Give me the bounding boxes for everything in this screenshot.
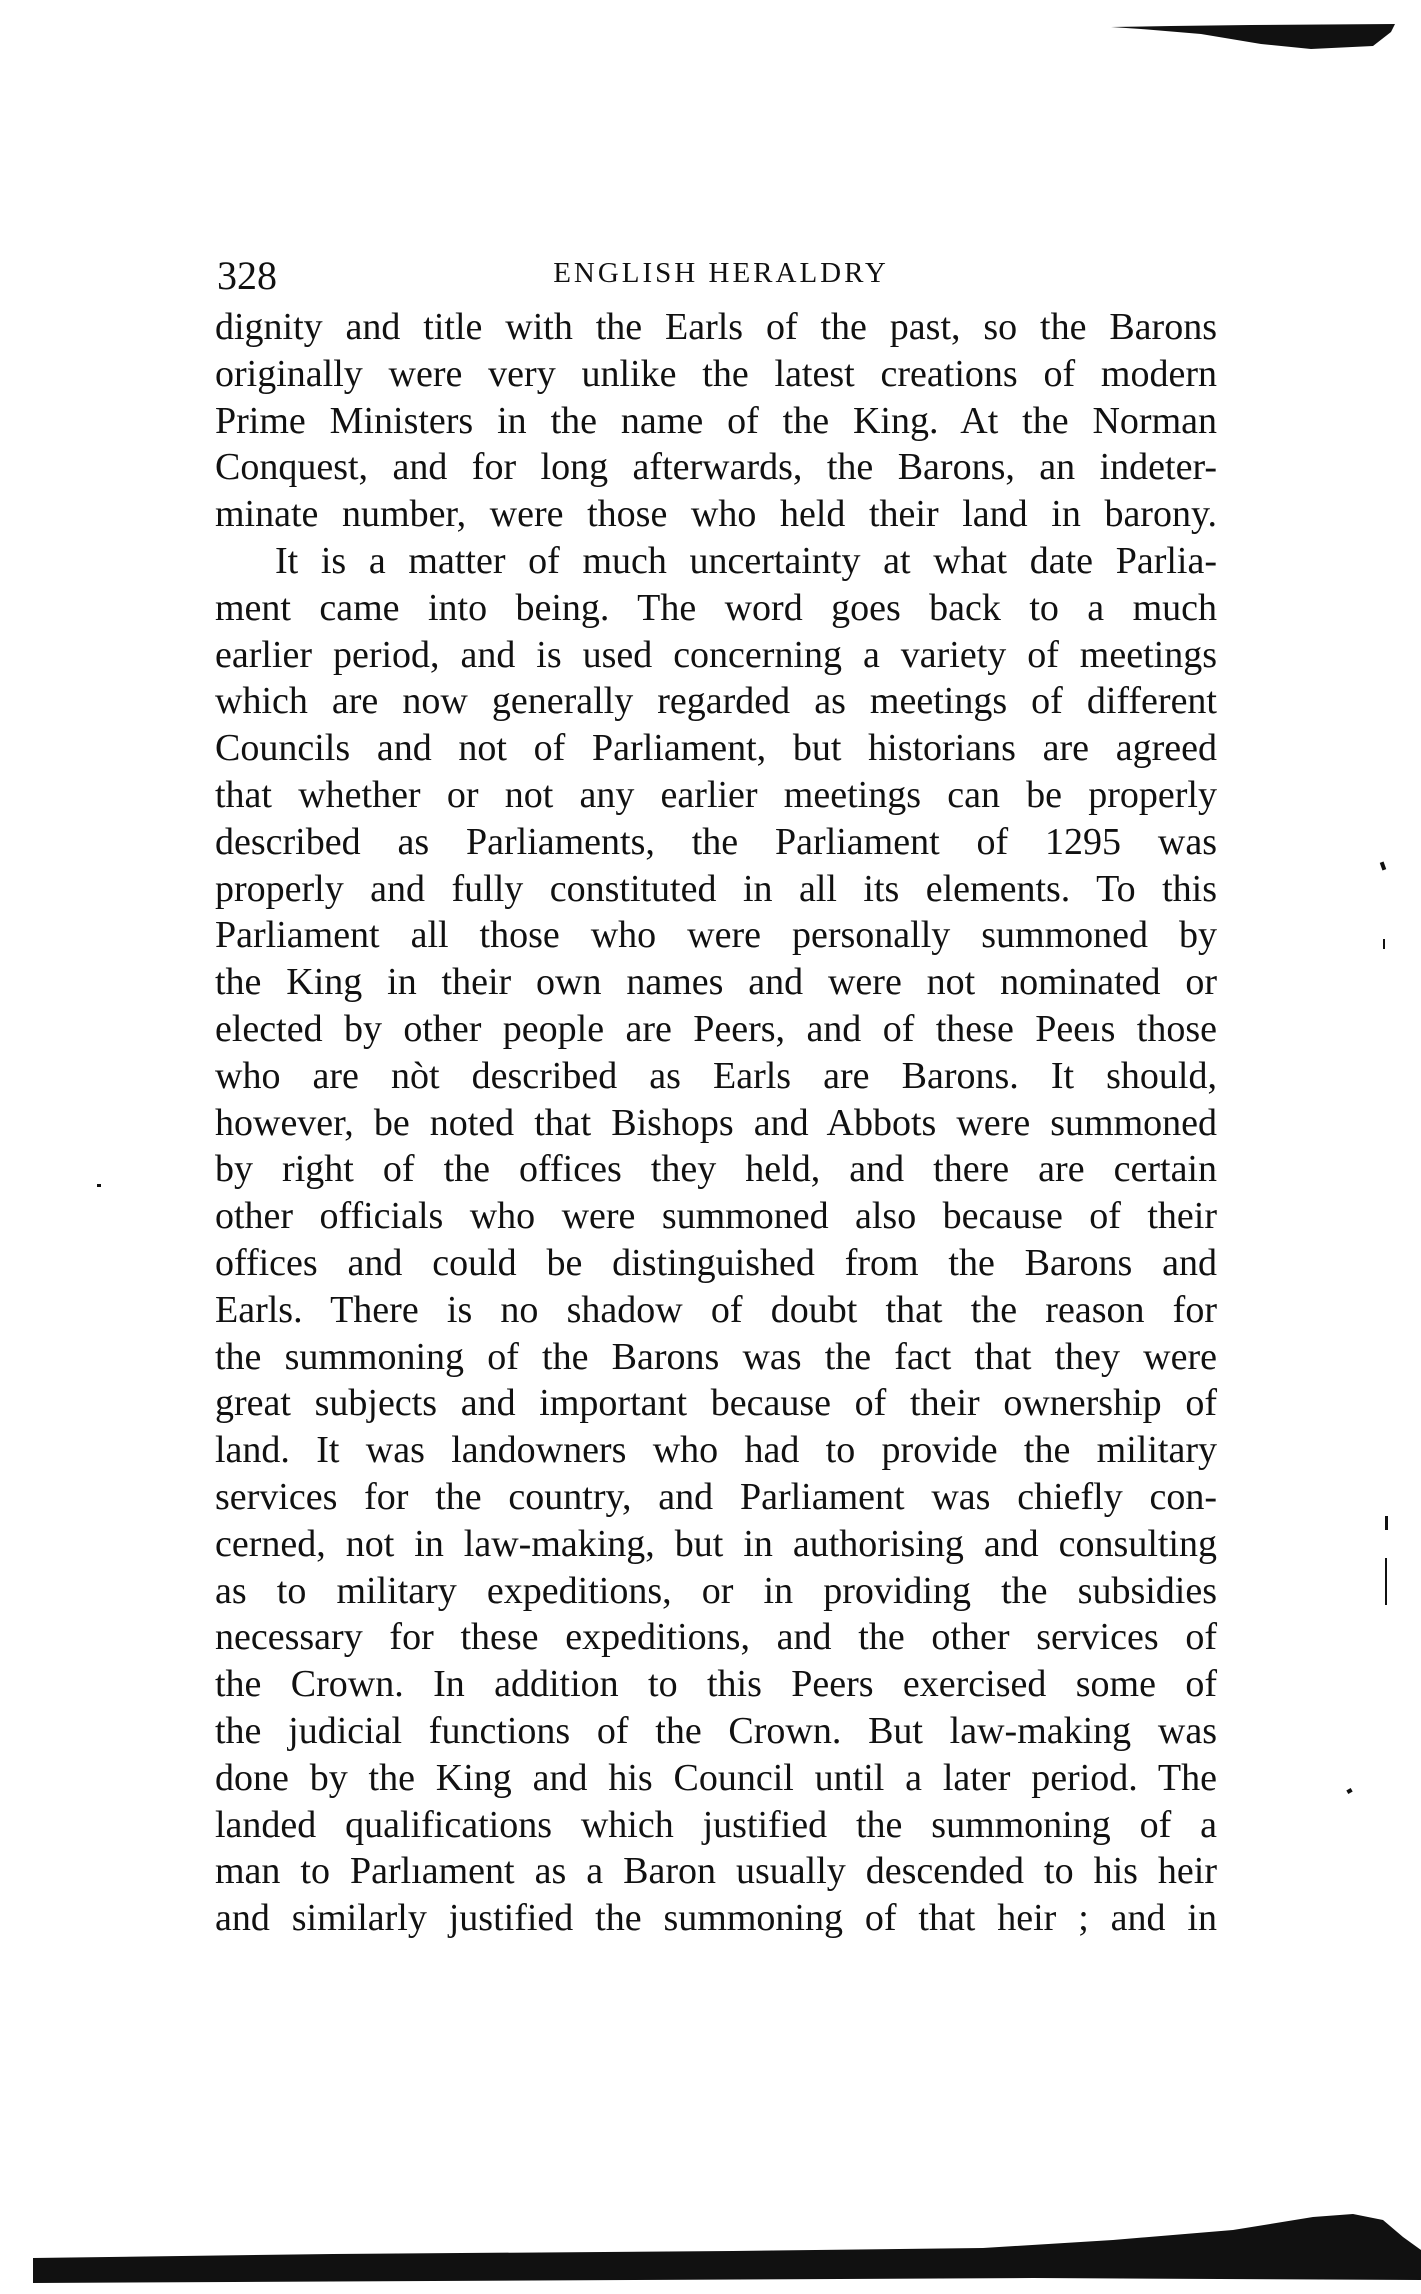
text-line: originally were very unlike the latest c… xyxy=(215,351,1217,398)
text-line: Parliament all those who were personally… xyxy=(215,912,1217,959)
text-line: man to Parlıament as a Baron usually des… xyxy=(215,1848,1217,1895)
scan-speck xyxy=(1380,862,1386,871)
text-line: elected by other people are Peers, and o… xyxy=(215,1006,1217,1053)
text-line: Councils and not of Parliament, but hist… xyxy=(215,725,1217,772)
text-line: described as Parliaments, the Parliament… xyxy=(215,819,1217,866)
text-line: properly and fully constituted in all it… xyxy=(215,866,1217,913)
scanned-book-page: 328 ENGLISH HERALDRY dignity and title w… xyxy=(0,0,1421,2294)
text-line: however, be noted that Bishops and Abbot… xyxy=(215,1100,1217,1147)
text-line: landed qualifications which justified th… xyxy=(215,1802,1217,1849)
text-line: Prime Ministers in the name of the King.… xyxy=(215,398,1217,445)
text-line: which are now generally regarded as meet… xyxy=(215,678,1217,725)
text-line: other officials who were summoned also b… xyxy=(215,1193,1217,1240)
text-line: that whether or not any earlier meetings… xyxy=(215,772,1217,819)
text-line: great subjects and important because of … xyxy=(215,1380,1217,1427)
text-line: the Crown. In addition to this Peers exe… xyxy=(215,1661,1217,1708)
text-line: earlier period, and is used concerning a… xyxy=(215,632,1217,679)
scan-speck xyxy=(1385,1558,1387,1605)
text-line: as to military expeditions, or in provid… xyxy=(215,1568,1217,1615)
text-line: by right of the offices they held, and t… xyxy=(215,1146,1217,1193)
body-text: dignity and title with the Earls of the … xyxy=(215,304,1217,1942)
text-line: services for the country, and Parliament… xyxy=(215,1474,1217,1521)
paragraph-start-line: It is a matter of much uncertainty at wh… xyxy=(215,538,1217,585)
running-title: ENGLISH HERALDRY xyxy=(215,240,1217,306)
scan-speck xyxy=(97,1184,101,1187)
scan-speck xyxy=(1383,939,1385,949)
text-line: done by the King and his Council until a… xyxy=(215,1755,1217,1802)
scan-speck xyxy=(1385,1516,1388,1530)
text-line: ment came into being. The word goes back… xyxy=(215,585,1217,632)
text-line: who are nòt described as Earls are Baron… xyxy=(215,1053,1217,1100)
text-line: land. It was landowners who had to provi… xyxy=(215,1427,1217,1474)
text-line: the summoning of the Barons was the fact… xyxy=(215,1334,1217,1381)
text-line: cerned, not in law-making, but in author… xyxy=(215,1521,1217,1568)
text-line: minate number, were those who held their… xyxy=(215,491,1217,538)
text-line: Earls. There is no shadow of doubt that … xyxy=(215,1287,1217,1334)
scan-speck xyxy=(1346,1788,1352,1794)
text-line: the King in their own names and were not… xyxy=(215,959,1217,1006)
running-head: 328 ENGLISH HERALDRY xyxy=(215,240,1217,312)
text-line: necessary for these expeditions, and the… xyxy=(215,1614,1217,1661)
text-line: dignity and title with the Earls of the … xyxy=(215,304,1217,351)
scan-ink-bar-bottom xyxy=(33,2212,1421,2284)
text-line: the judicial functions of the Crown. But… xyxy=(215,1708,1217,1755)
text-line: Conquest, and for long afterwards, the B… xyxy=(215,444,1217,491)
text-line: offices and could be distinguished from … xyxy=(215,1240,1217,1287)
scan-ink-smear-top xyxy=(1111,24,1395,50)
text-line: and similarly justified the summoning of… xyxy=(215,1895,1217,1942)
